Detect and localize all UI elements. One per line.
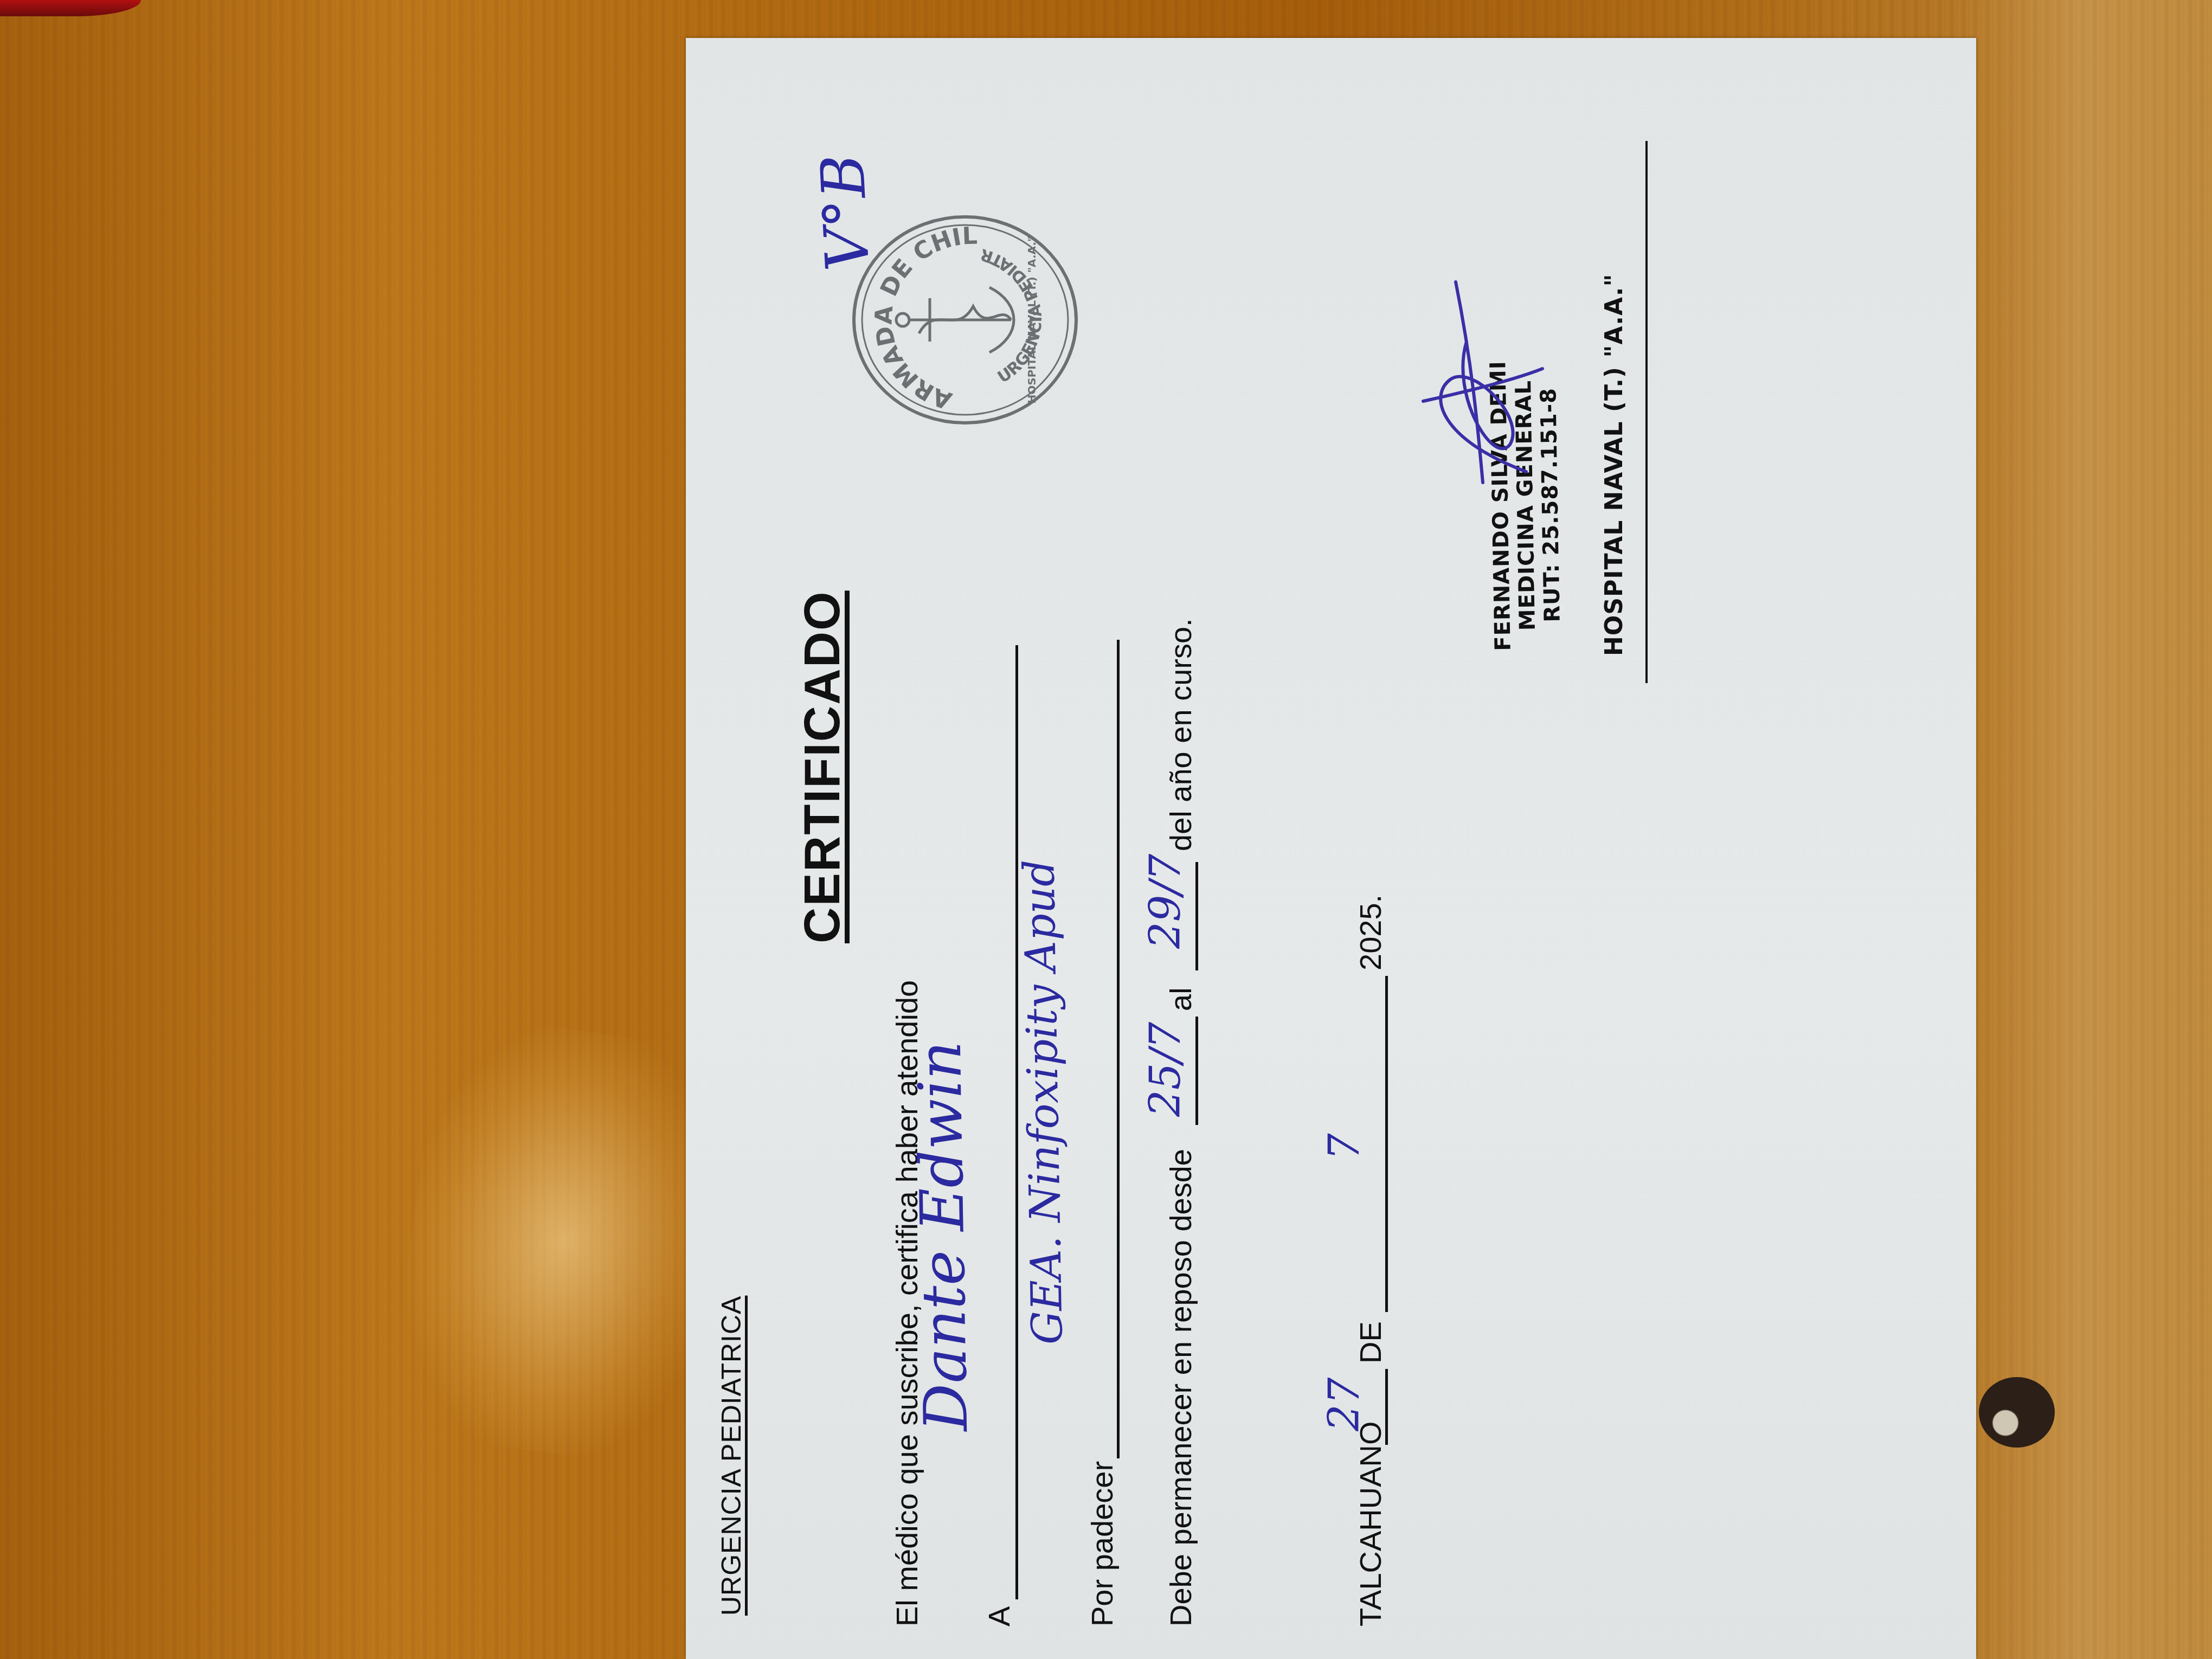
rest-period-tail: del año en curso.: [1163, 618, 1198, 851]
year-text: 2025.: [1353, 895, 1388, 970]
svg-text:ARMADA DE CHILE: ARMADA DE CHILE: [848, 222, 978, 428]
rest-period-label: Debe permanecer en reposo desde: [1163, 1149, 1198, 1626]
diagnosis-handwritten: GEA. Ninfoxipity Apud: [1015, 859, 1072, 1345]
certificate-sheet-wrapper: URGENCIA PEDIATRICA CERTIFICADO El médic…: [686, 38, 1976, 1659]
hospital-stamp-line: HOSPITAL NAVAL (T.) "A.A.": [1602, 273, 1627, 656]
seal-inner-text: HOSPITAL NAVAL (T.) "A.A.": [1025, 236, 1038, 404]
rest-from-date: 25/7: [1141, 1022, 1190, 1117]
condition-line: [1117, 640, 1120, 1458]
day-handwritten: 27: [1320, 1378, 1369, 1431]
month-line: [1385, 976, 1388, 1312]
document-title: CERTIFICADO: [794, 590, 851, 943]
red-cloth-corner: [0, 0, 141, 16]
department-header: URGENCIA PEDIATRICA: [716, 1296, 747, 1616]
rest-to-date: 29/7: [1141, 854, 1190, 949]
day-line: [1385, 1369, 1388, 1445]
patient-label: A: [981, 1606, 1017, 1626]
handwritten-signature-icon: [1418, 276, 1548, 504]
date-connector: DE: [1353, 1321, 1388, 1364]
signature-line: [1645, 141, 1648, 683]
place-label: TALCAHUANO: [1353, 1421, 1388, 1626]
rest-from-line: [1195, 1017, 1198, 1125]
rest-to-line: [1195, 862, 1198, 970]
month-handwritten: 7: [1320, 1133, 1369, 1160]
patient-name-handwritten: Dante Edwin: [905, 1040, 981, 1432]
official-seal-icon: ARMADA DE CHILE URGENCIA PEDIATRICA HOSP…: [848, 211, 1082, 428]
patient-name-line: [1015, 645, 1018, 1599]
wood-knot: [1979, 1377, 2055, 1448]
rest-to-label: al: [1163, 987, 1198, 1011]
medical-certificate: URGENCIA PEDIATRICA CERTIFICADO El médic…: [686, 38, 1976, 1659]
condition-label: Por padecer: [1084, 1461, 1120, 1626]
seal-outer-text: ARMADA DE CHILE: [848, 222, 978, 428]
